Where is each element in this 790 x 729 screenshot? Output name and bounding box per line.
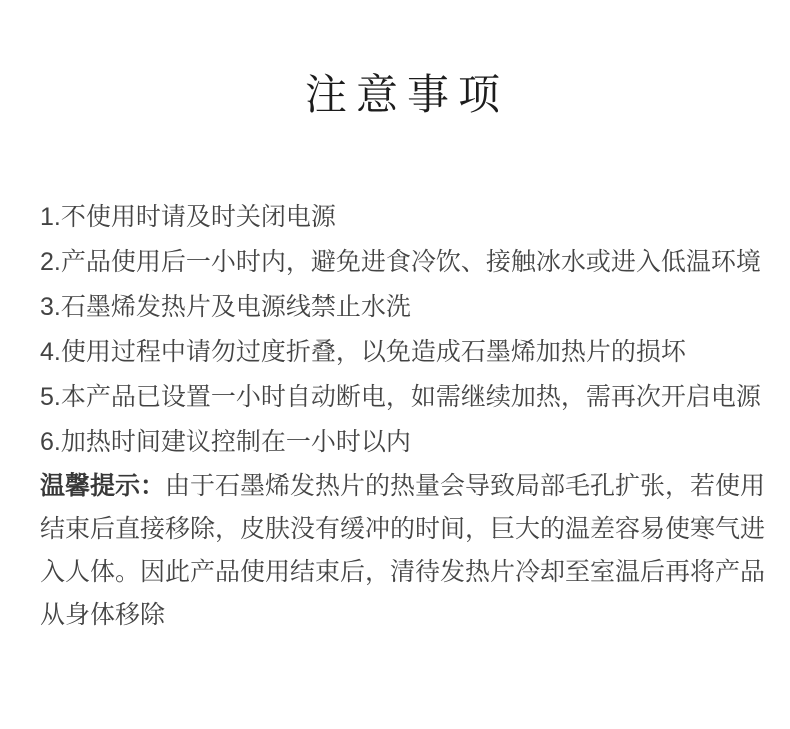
tip-text: 由于石墨烯发热片的热量会导致局部毛孔扩张，若使用: [165, 472, 765, 500]
precautions-page: 注意事项 1.不使用时请及时关闭电源 2.产品使用后一小时内，避免进食冷饮、接触…: [0, 0, 790, 729]
notice-item: 5.本产品已设置一小时自动断电，如需继续加热，需再次开启电源: [40, 375, 764, 420]
notice-item: 4.使用过程中请勿过度折叠，以免造成石墨烯加热片的损坏: [40, 330, 764, 375]
tip-line: 结束后直接移除，皮肤没有缓冲的时间，巨大的温差容易使寒气进: [40, 508, 764, 551]
tip-line: 温馨提示：由于石墨烯发热片的热量会导致局部毛孔扩张，若使用: [40, 465, 764, 508]
tip-label: 温馨提示：: [40, 472, 165, 500]
tip-line: 从身体移除: [40, 594, 764, 637]
notice-item: 1.不使用时请及时关闭电源: [40, 195, 764, 240]
tip-line: 入人体。因此产品使用结束后，清待发热片冷却至室温后再将产品: [40, 551, 764, 594]
notice-content: 1.不使用时请及时关闭电源 2.产品使用后一小时内，避免进食冷饮、接触冰水或进入…: [0, 195, 790, 637]
notice-item: 2.产品使用后一小时内，避免进食冷饮、接触冰水或进入低温环境: [40, 240, 764, 285]
notice-item: 3.石墨烯发热片及电源线禁止水洗: [40, 285, 764, 330]
notice-item: 6.加热时间建议控制在一小时以内: [40, 420, 764, 465]
page-title: 注意事项: [0, 0, 790, 117]
